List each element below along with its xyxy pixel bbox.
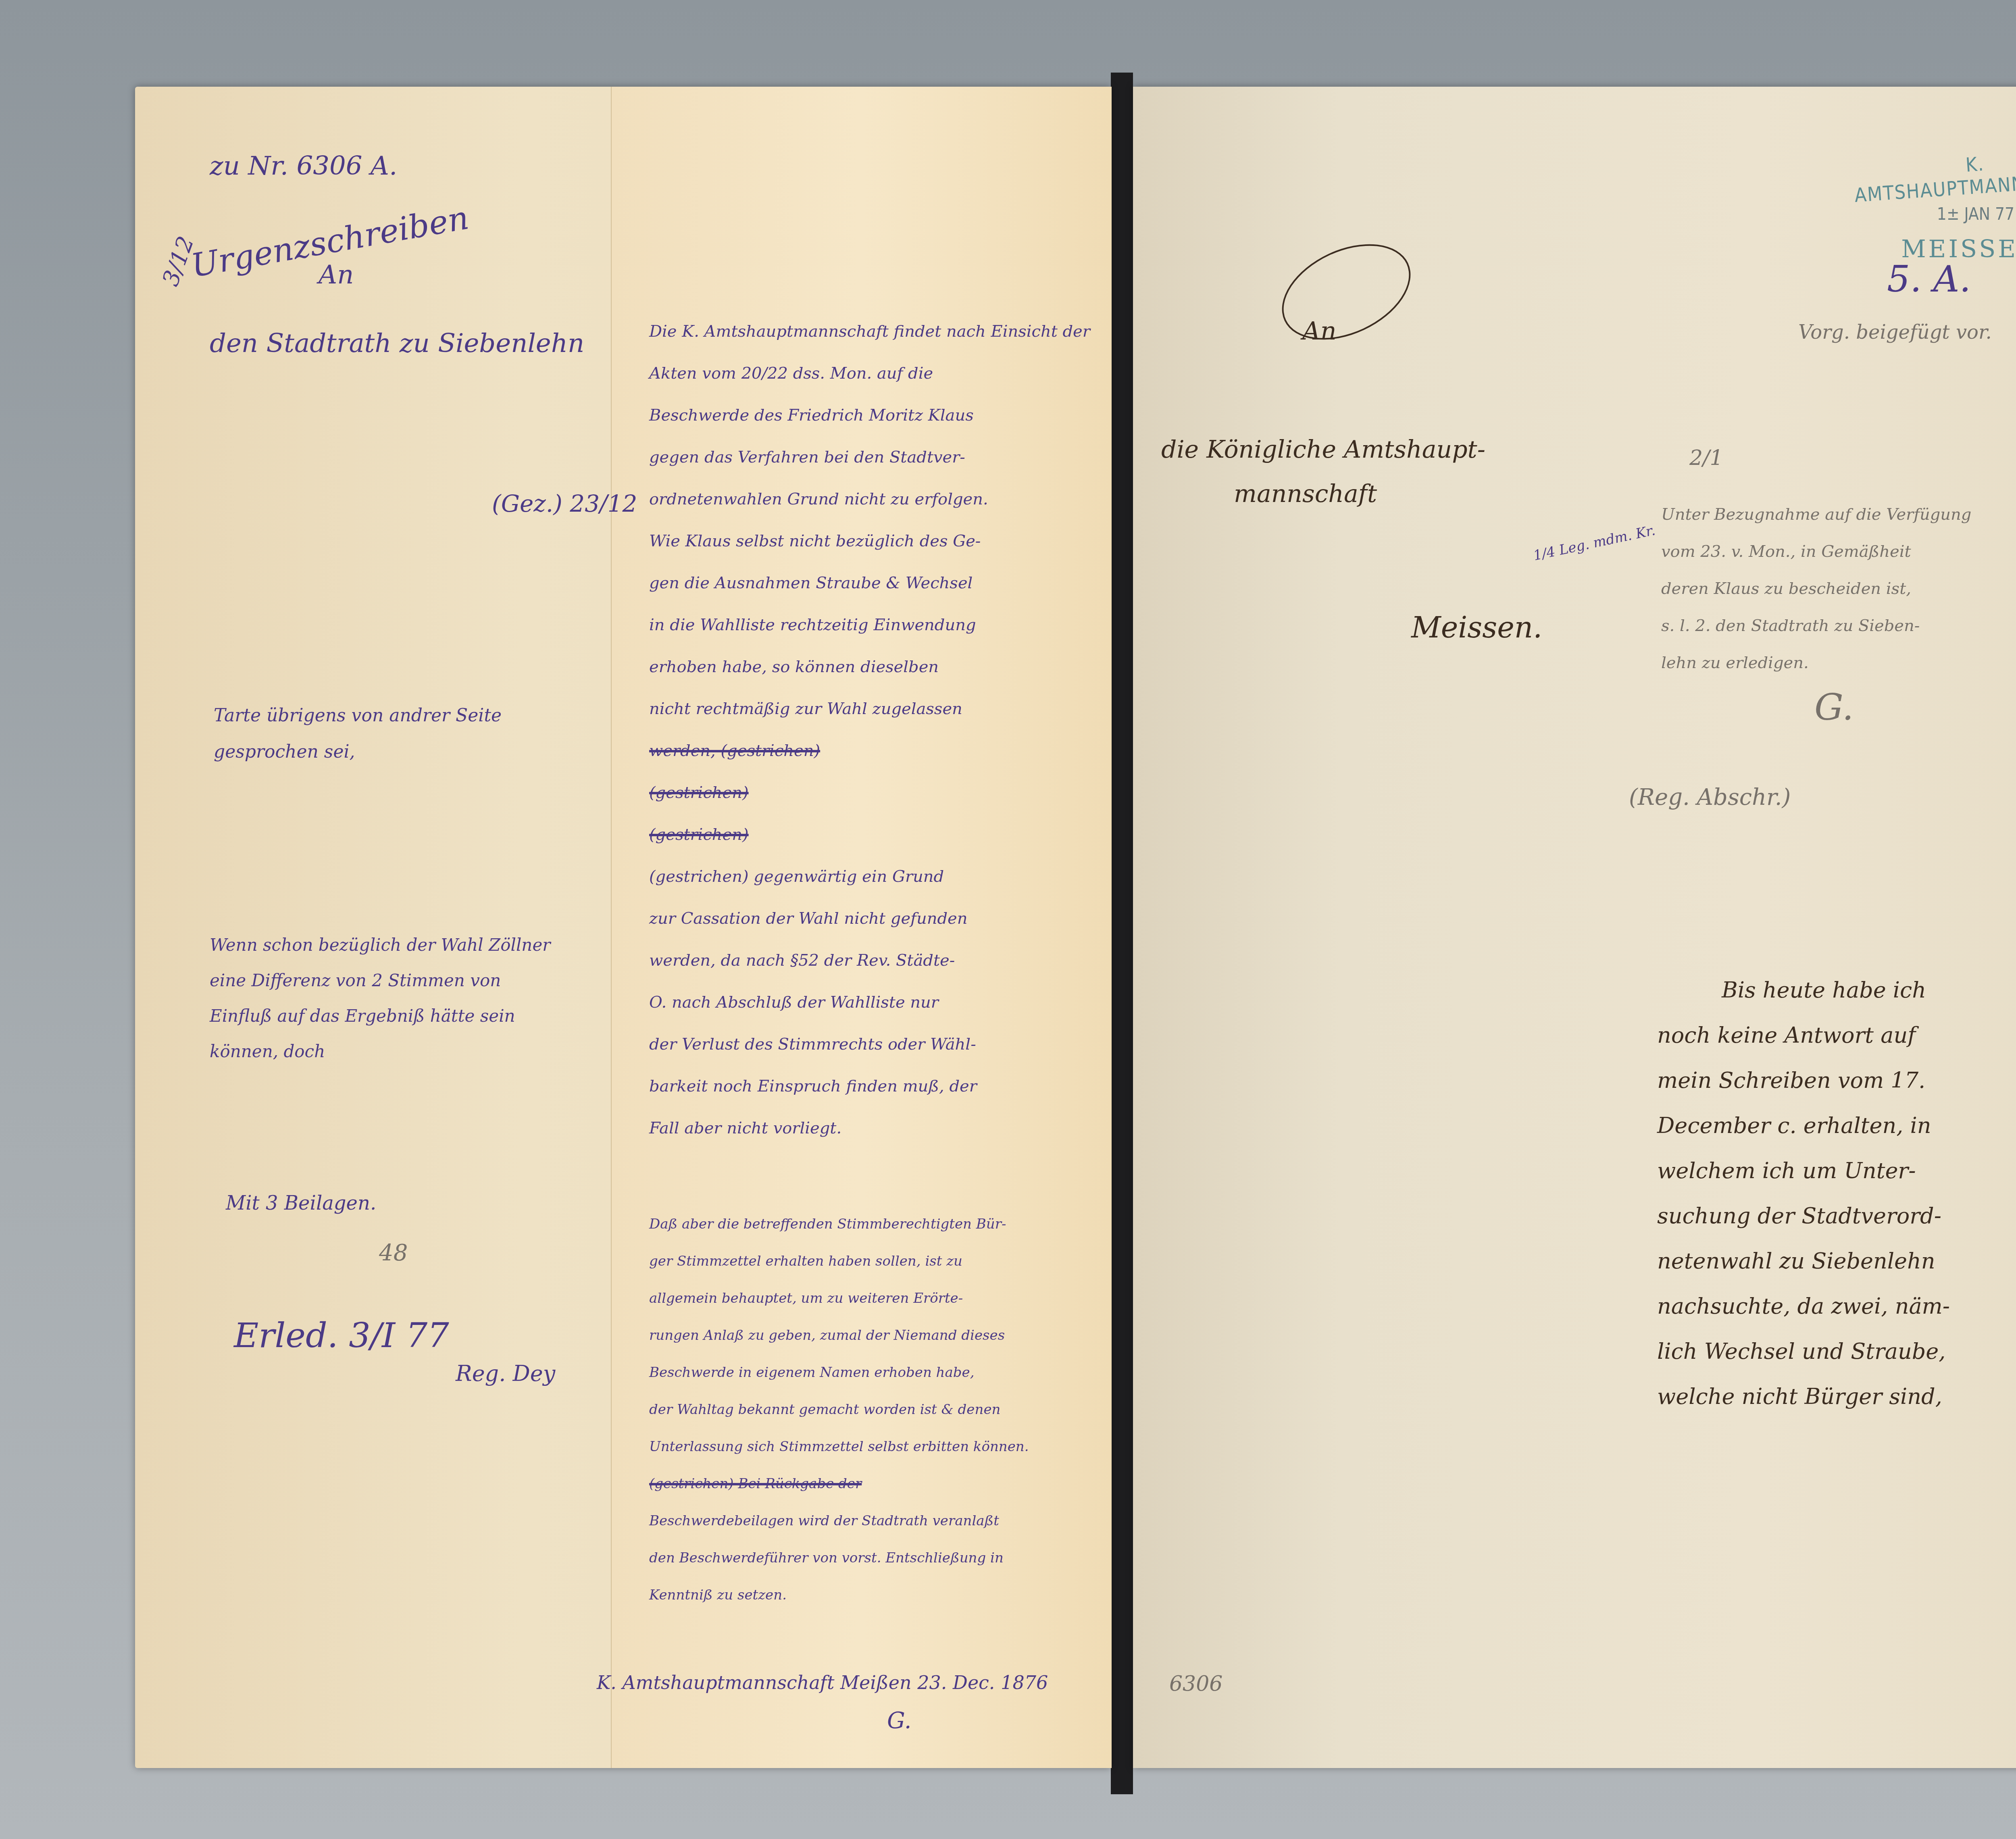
pencil-instruction: Unter Bezugnahme auf die Verfügung vom 2… [1661, 496, 1971, 681]
pencil-file-number: 6306 [1169, 1673, 1223, 1694]
addressee-prefix: An [319, 262, 354, 288]
office-stamp: K. AMTSHAUPTMANNSCHAFT 1± JAN 77 MEISSEN… [1851, 153, 2016, 263]
pencil-date: 2/1 [1689, 448, 1723, 469]
margin-note-1: Tarte übrigens von andrer Seite gesproch… [214, 698, 502, 770]
margin-note-2: Wenn schon bezüglich der Wahl Zöllner ei… [210, 927, 550, 1069]
pencil-note-top: Vorg. beigefügt vor. [1798, 323, 1992, 342]
decision-text: Die K. Amtshauptmannschaft findet nach E… [649, 310, 1090, 1149]
letter-body: Bis heute habe ich noch keine Antwort au… [1657, 968, 1950, 1419]
decision-closing: K. Amtshauptmannschaft Meißen 23. Dec. 1… [597, 1673, 1048, 1692]
initials-date: (Gez.) 23/12 [492, 492, 637, 515]
enclosure-note: Mit 3 Beilagen. [226, 1193, 376, 1213]
file-reference: zu Nr. 6306 A. [210, 153, 397, 179]
decision-text-continued: Daß aber die betreffenden Stimmberechtig… [649, 1206, 1029, 1614]
decision-signature: G. [887, 1710, 912, 1732]
pencil-parenthetical: (Reg. Abschr.) [1629, 786, 1791, 809]
binding-spine [1111, 73, 1133, 1794]
salutation-initial: An [1302, 319, 1337, 344]
letter-city: Meissen. [1411, 613, 1542, 642]
dispatch-note: Erled. 3/I 77 [234, 1318, 449, 1352]
pencil-number: 48 [379, 1242, 408, 1264]
stamp-office-name: K. AMTSHAUPTMANNSCHAFT [1849, 145, 2016, 207]
dispatch-signature: Reg. Dey [456, 1363, 555, 1385]
registry-mark: 5. A. [1887, 258, 1971, 300]
stamp-date: 1± JAN 77 [1851, 204, 2016, 224]
pencil-initial: G. [1814, 689, 1854, 726]
addressee: den Stadtrath zu Siebenlehn [210, 331, 584, 356]
letter-addressee: die Königliche Amtshaupt- mannschaft [1161, 427, 1485, 516]
